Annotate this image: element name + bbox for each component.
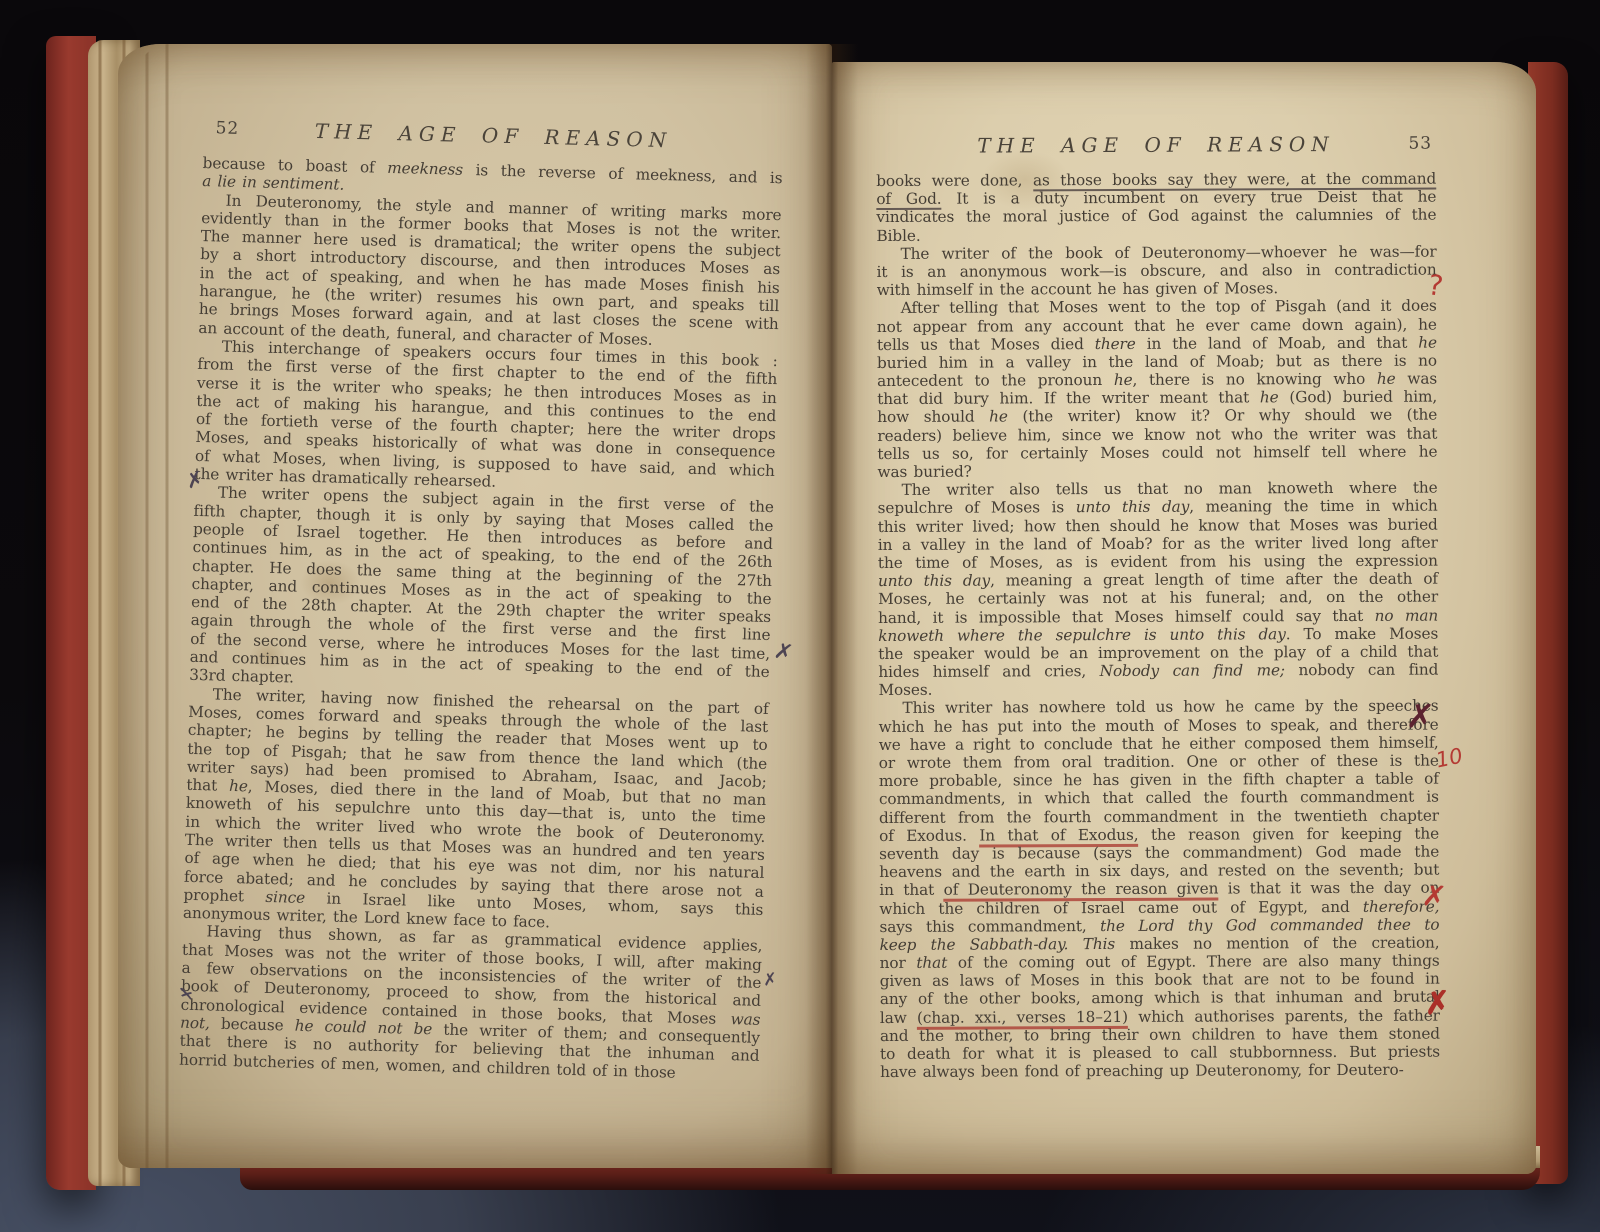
text-line: heavens and the earth in six days, and r… [879,861,1439,882]
text-line: seventh day is because (says the command… [879,842,1439,863]
text-column: books were done, as those books say they… [876,170,1440,1082]
text-line: unto this day, meaning a great length of… [878,570,1438,591]
text-line: in that of Deuteronomy the reason given … [879,879,1439,900]
text-line: the speaker would be an improvement on t… [878,642,1438,663]
text-line: Moses. [878,679,1438,700]
text-line: tells us that Moses died there in the la… [877,333,1437,354]
text-line: given as laws of Moses in this book that… [880,970,1440,991]
text-line: books were done, as those books say they… [876,170,1436,191]
text-line: have always been fond of preaching up De… [880,1061,1440,1082]
text-line: buried him in a valley in the land of Mo… [877,351,1437,372]
text-line: different from the fourth commandment in… [879,806,1439,827]
book-gutter-shadow [806,44,858,1174]
photo-scene: 52 THE AGE OF REASON because to boast of… [0,0,1600,1232]
text-line: more probable, since he has given in the… [879,770,1439,791]
text-line: sepulchre of Moses is unto this day, mea… [878,497,1438,518]
text-line: vindicates the moral justice of God agai… [876,206,1436,227]
text-line: knoweth where the sepulchre is unto this… [878,624,1438,645]
text-line: hand, it is impossible that Moses himsel… [878,606,1438,627]
page-title: THE AGE OF REASON [876,132,1436,158]
text-line: which the children of Israel came out of… [879,897,1439,918]
text-line: hides himself and cries, Nobody can find… [878,661,1438,682]
text-line: not appear from any account that he ever… [877,315,1437,336]
text-line: we have a right to conclude that he eith… [879,733,1439,754]
page-53-text: THE AGE OF REASON 53 books were done, as… [876,128,1440,1082]
text-line: any of the other books, among which is t… [880,988,1440,1009]
text-line: which he has put into the mouth of Moses… [879,715,1439,736]
text-line: commandments, in which that called the f… [879,788,1439,809]
text-line: readers) believe him, since we know not … [877,424,1437,445]
text-line: says this commandment, the Lord thy God … [879,915,1439,936]
text-line: this writer lived; how then should he kn… [878,515,1438,536]
text-line: that did bury him. If the writer meant t… [877,388,1437,409]
text-line: tells us so, for certainly Moses could n… [877,442,1437,463]
text-line: to death for what it is pleased to call … [880,1043,1440,1064]
text-line: nor that of the coming out of Egypt. The… [880,952,1440,973]
text-line: with himself in the account he has given… [877,279,1437,300]
text-line: antecedent to the pronoun he, there is n… [877,370,1437,391]
text-line: After telling that Moses went to the top… [877,297,1437,318]
text-line: it is an anonymous work—is obscure, and … [877,260,1437,281]
text-line: The writer also tells us that no man kno… [878,479,1438,500]
text-line: in a valley in the land of Moab? for as … [878,533,1438,554]
text-line: Moses, he certainly was not at his funer… [878,588,1438,609]
text-line: keep the Sabbath-day. This makes no ment… [880,933,1440,954]
text-line: of God. It is a duty incumbent on every … [876,188,1436,209]
page-header: THE AGE OF REASON 53 [876,128,1436,170]
text-line: The writer of the book of Deuteronomy—wh… [877,242,1437,263]
page-52-text: 52 THE AGE OF REASON because to boast of… [179,112,784,1084]
text-line: law (chap. xxi., verses 18–21) which aut… [880,1006,1440,1027]
text-line: This writer has nowhere told us how he c… [878,697,1438,718]
text-line: the time of Moses, as is evident from hi… [878,551,1438,572]
text-line: or wrote them from oral tradition. One o… [879,752,1439,773]
text-line: Bible. [876,224,1436,245]
text-line: how should he (the writer) know it? Or w… [877,406,1437,427]
text-line: of Exodus. In that of Exodus, the reason… [879,824,1439,845]
page-number: 53 [1408,134,1432,154]
text-line: was buried? [877,461,1437,482]
text-column: because to boast of meekness is the reve… [179,154,783,1084]
text-line: and the mother, to bring their own child… [880,1024,1440,1045]
